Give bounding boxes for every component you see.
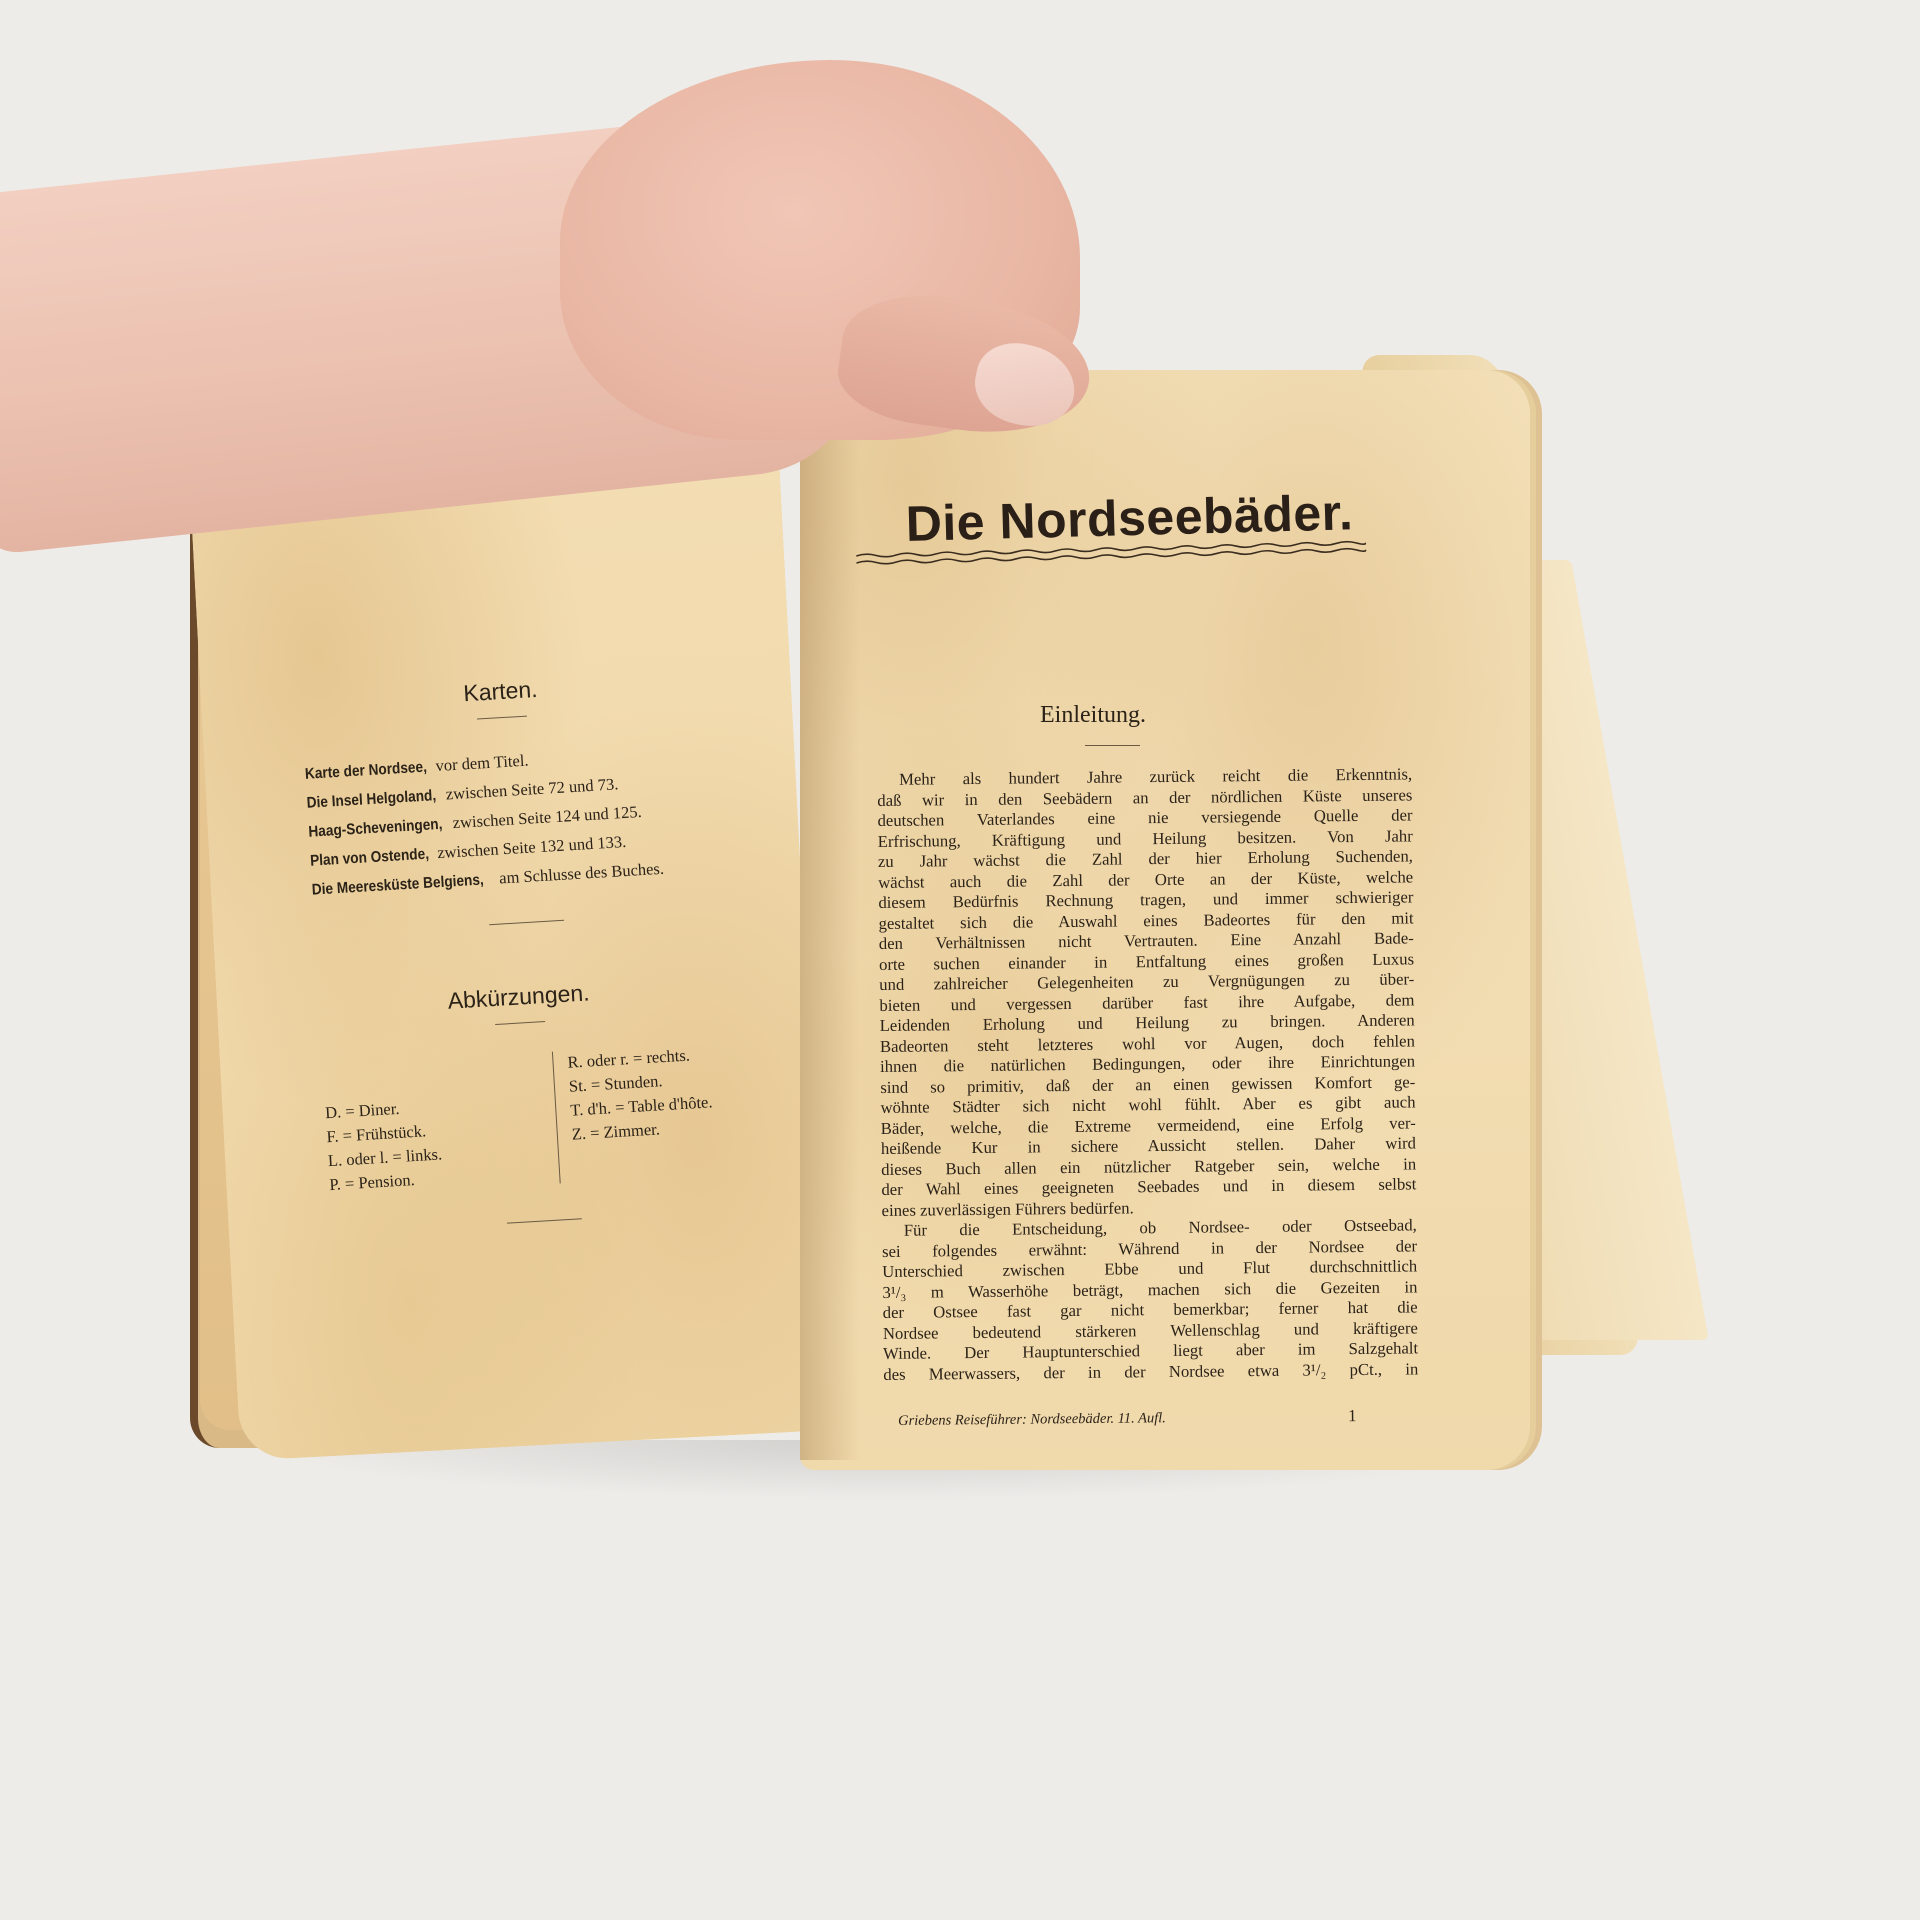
divider — [495, 1021, 545, 1025]
divider — [1085, 745, 1140, 746]
left-page-content: Karten. Karte der Nordsee, vor dem Titel… — [300, 662, 801, 1234]
abbreviations-right-column: R. oder r. = rechts. St. = Stunden. T. d… — [552, 1042, 717, 1183]
body-text: Mehr als hundert Jahre zurück reicht die… — [877, 764, 1418, 1385]
section-heading: Einleitung. — [1040, 702, 1146, 729]
divider — [489, 920, 564, 925]
karten-list: Karte der Nordsee, vor dem Titel. Die In… — [304, 732, 782, 905]
book-gutter — [800, 420, 860, 1460]
photo-scene: ✚ SSSSSS Karten. Karte der Nordsee, vor … — [0, 0, 1920, 1920]
abkuerzungen-heading: Abkürzungen. — [318, 972, 719, 1023]
divider — [477, 716, 527, 720]
running-footer: Griebens Reiseführer: Nordseebäder. 11. … — [898, 1410, 1166, 1429]
abbreviations-left-column: D. = Diner. F. = Frühstück. L. oder l. =… — [322, 1052, 559, 1197]
page-number: 1 — [1348, 1406, 1357, 1426]
abbreviations-table: D. = Diner. F. = Frühstück. L. oder l. =… — [322, 1037, 799, 1197]
